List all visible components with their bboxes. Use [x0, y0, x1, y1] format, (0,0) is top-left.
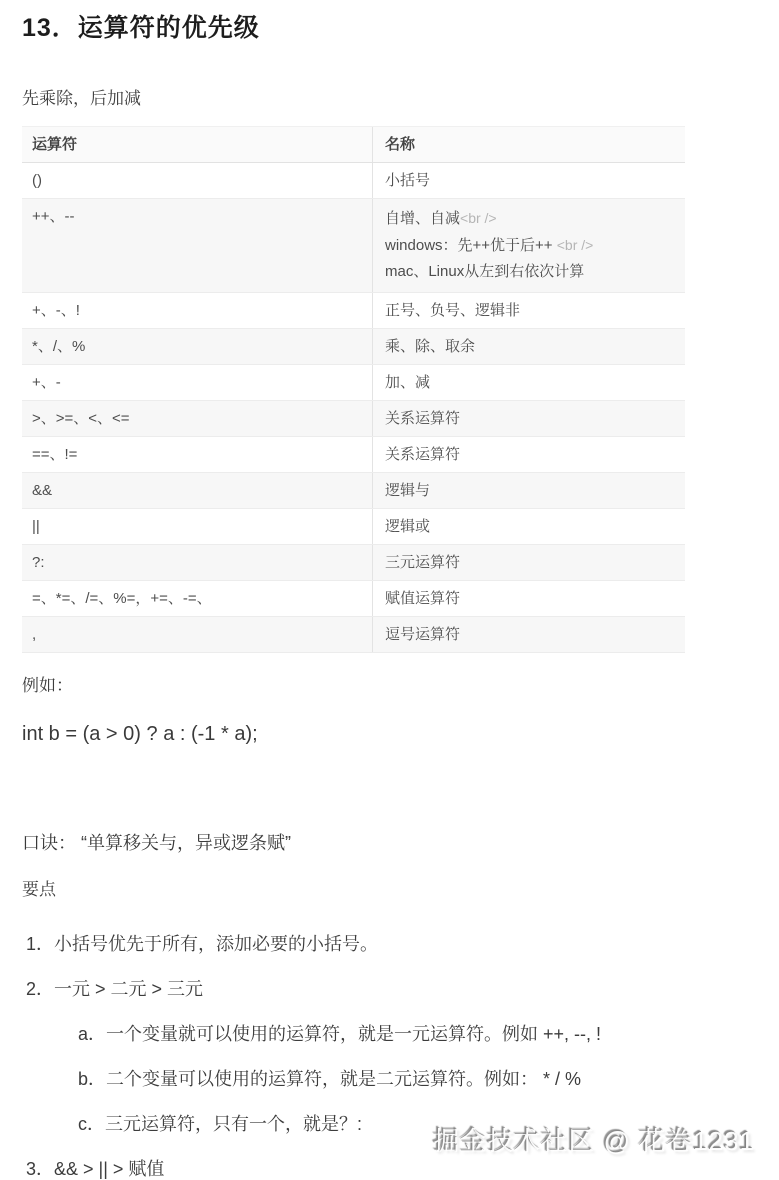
name-cell: 逻辑或 [372, 509, 685, 544]
intro-text: 先乘除，后加减 [22, 88, 757, 110]
table-row: , 逗号运算符 [22, 617, 685, 653]
name-cell: 关系运算符 [372, 401, 685, 436]
table-row: || 逻辑或 [22, 509, 685, 545]
name-line: mac、Linux从左到右依次计算 [385, 259, 675, 285]
operator-cell: || [22, 509, 372, 544]
precedence-table: 运算符 名称 () 小括号 ++、-- 自增、自减<br /> windows：… [22, 126, 685, 653]
operator-cell: +、- [22, 365, 372, 400]
list-item: 1．小括号优先于所有，添加必要的小括号。 [26, 933, 757, 956]
header-name: 名称 [372, 127, 685, 162]
operator-cell: && [22, 473, 372, 508]
name-cell: 关系运算符 [372, 437, 685, 472]
points-heading: 要点 [22, 879, 757, 901]
operator-cell: , [22, 617, 372, 652]
table-row: () 小括号 [22, 163, 685, 199]
name-cell: 自增、自减<br /> windows：先++优于后++ <br /> mac、… [372, 199, 685, 292]
table-row: ==、!= 关系运算符 [22, 437, 685, 473]
table-header-row: 运算符 名称 [22, 127, 685, 163]
example-label: 例如： [22, 675, 757, 697]
operator-cell: ?: [22, 545, 372, 580]
name-cell: 赋值运算符 [372, 581, 685, 616]
table-row: +、-、! 正号、负号、逻辑非 [22, 293, 685, 329]
operator-cell: +、-、! [22, 293, 372, 328]
operator-cell: >、>=、<、<= [22, 401, 372, 436]
example-code: int b = (a > 0) ? a : (-1 * a); [22, 721, 757, 747]
page-title: 13．运算符的优先级 [22, 12, 757, 44]
name-line: windows：先++优于后++ <br /> [385, 232, 675, 259]
name-cell: 小括号 [372, 163, 685, 198]
name-cell: 正号、负号、逻辑非 [372, 293, 685, 328]
list-subitem: b．二个变量可以使用的运算符，就是二元运算符。例如： * / % [26, 1068, 757, 1091]
header-operator: 运算符 [22, 127, 372, 162]
table-row: ++、-- 自增、自减<br /> windows：先++优于后++ <br /… [22, 199, 685, 293]
name-line: 自增、自减<br /> [385, 205, 675, 232]
operator-cell: ==、!= [22, 437, 372, 472]
name-cell: 加、减 [372, 365, 685, 400]
table-row: +、- 加、减 [22, 365, 685, 401]
mnemonic-text: 口诀： “单算移关与，异或逻条赋” [22, 831, 757, 855]
table-row: ?: 三元运算符 [22, 545, 685, 581]
watermark-text: 掘金技术社区 @ 花卷1231 [433, 1121, 755, 1158]
list-subitem: a．一个变量就可以使用的运算符，就是一元运算符。例如 ++, --, ! [26, 1023, 757, 1046]
table-row: && 逻辑与 [22, 473, 685, 509]
name-cell: 逗号运算符 [372, 617, 685, 652]
table-row: >、>=、<、<= 关系运算符 [22, 401, 685, 437]
table-row: =、*=、/=、%=，+=、-=、 赋值运算符 [22, 581, 685, 617]
operator-cell: ++、-- [22, 199, 372, 292]
operator-cell: () [22, 163, 372, 198]
operator-cell: =、*=、/=、%=，+=、-=、 [22, 581, 372, 616]
br-tag-text: <br /> [557, 237, 594, 253]
name-cell: 乘、除、取余 [372, 329, 685, 364]
name-cell: 三元运算符 [372, 545, 685, 580]
document-body: 13．运算符的优先级 先乘除，后加减 运算符 名称 () 小括号 ++、-- 自… [0, 12, 779, 1180]
table-row: *、/、% 乘、除、取余 [22, 329, 685, 365]
list-item: 2．一元 > 二元 > 三元 [26, 978, 757, 1001]
list-item: 3．&& > || > 赋值 [26, 1158, 757, 1180]
operator-cell: *、/、% [22, 329, 372, 364]
name-cell: 逻辑与 [372, 473, 685, 508]
br-tag-text: <br /> [460, 210, 497, 226]
